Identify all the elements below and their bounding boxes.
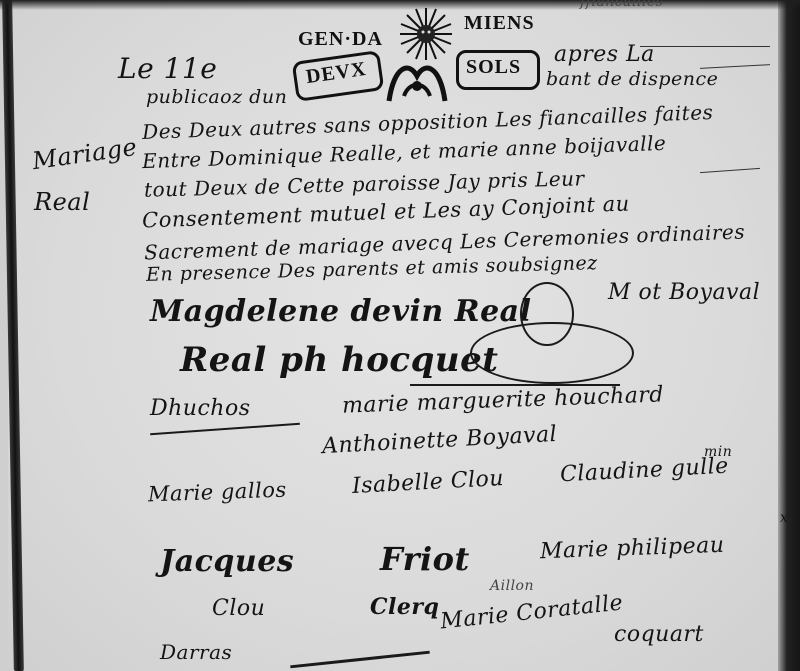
- line-filler: [700, 168, 760, 173]
- signature-clerq: Clerq: [370, 594, 439, 620]
- signature-jacques: Jacques: [160, 544, 294, 579]
- signature-darras: Darras: [160, 640, 232, 664]
- signature-marie-marguerite-houchard: marie marguerite houchard: [342, 382, 665, 418]
- sun-face-icon: [400, 8, 452, 60]
- line-filler: [640, 46, 770, 47]
- signature-coquart: coquart: [614, 622, 704, 647]
- record-line-publication: publicaoz dun: [146, 86, 287, 108]
- signature-boyaval: M ot Boyaval: [608, 280, 760, 305]
- stamp-ornament-icon: [384, 56, 450, 106]
- signature-marie-philipeau: Marie philipeau: [540, 533, 725, 564]
- signature-clou: Clou: [212, 596, 265, 621]
- record-line-bant: bant de dispence: [546, 68, 718, 90]
- margin-real: Real: [34, 188, 90, 216]
- signature-anthoinette-boyaval: Anthoinette Boyaval: [322, 422, 558, 459]
- tax-stamp: GEN·DA MIENS DEVX SOLS: [292, 6, 542, 108]
- signature-isabelle-clou: Isabelle Clou: [351, 466, 504, 499]
- signature-stroke: [290, 651, 430, 669]
- stamp-gen-da: GEN·DA: [298, 28, 383, 51]
- stamp-miens: MIENS: [464, 12, 535, 35]
- signature-paraph: [470, 322, 634, 384]
- register-page: ffiancailles GEN·DA MIENS DEVX SOLS Mari…: [0, 0, 800, 671]
- signature-marie-coratalle: Marie Coratalle: [439, 590, 624, 634]
- signature-aillon: Aillon: [490, 578, 534, 594]
- record-line-date: Le 11e: [118, 52, 217, 85]
- signature-dhuchos: Dhuchos: [150, 396, 251, 421]
- signature-underline: [150, 423, 300, 435]
- signature-friot: Friot: [380, 540, 470, 578]
- signature-marie-gallos: Marie gallos: [148, 478, 287, 507]
- book-binding-right: [778, 0, 800, 671]
- line-filler: [700, 64, 770, 69]
- signature-magdelene-devin-real: Magdelene devin Real: [150, 294, 532, 329]
- margin-mariage: Mariage: [31, 133, 139, 175]
- signature-real-hocquet: Real ph hocquet: [180, 340, 498, 380]
- signature-mark-min: min: [704, 444, 732, 460]
- stamp-sols: SOLS: [466, 56, 521, 79]
- signature-cross-mark: x: [780, 510, 788, 526]
- previous-entry-fragment: ffiancailles: [580, 0, 663, 10]
